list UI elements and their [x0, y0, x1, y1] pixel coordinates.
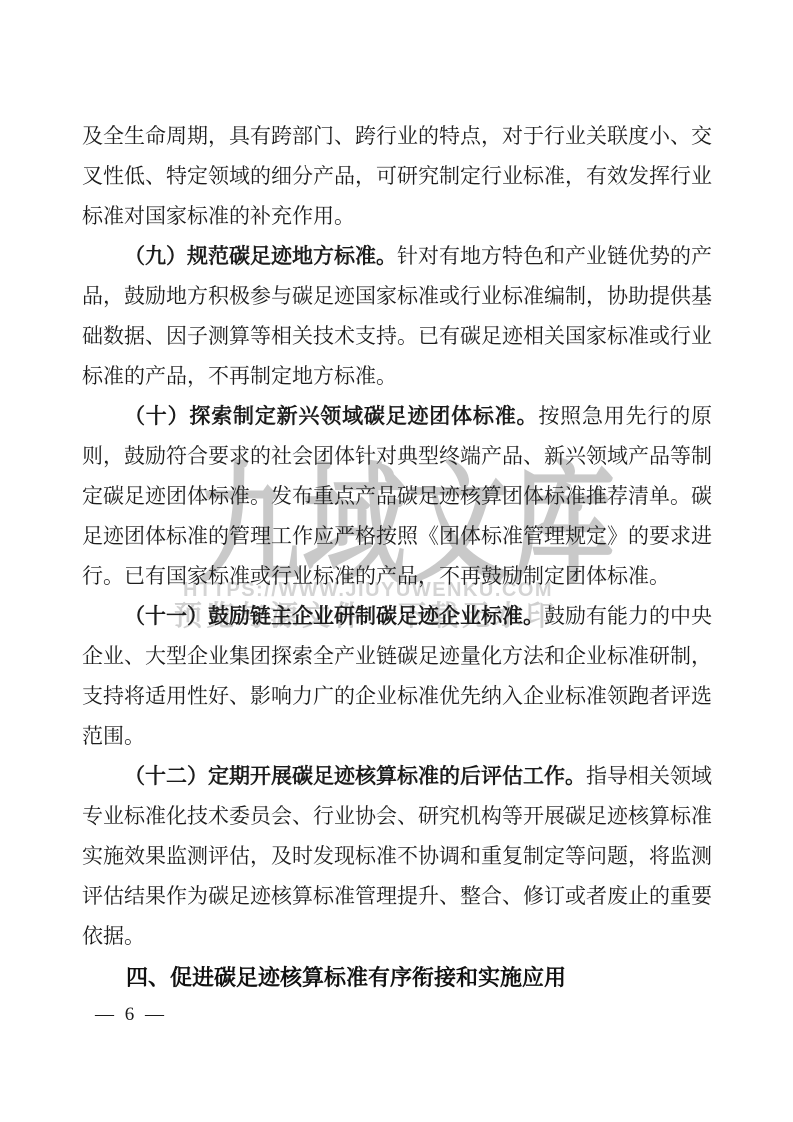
- paragraph-item-10-lead: （十）探索制定新兴领域碳足迹团体标准。: [124, 404, 538, 428]
- paragraph-continuation-text: 及全生命周期，具有跨部门、跨行业的特点，对于行业关联度小、交叉性低、特定领域的细…: [82, 124, 712, 228]
- paragraph-item-10-text: 按照急用先行的原则，鼓励符合要求的社会团体针对典型终端产品、新兴领域产品等制定碳…: [82, 404, 712, 588]
- paragraph-item-11: （十一）鼓励链主企业研制碳足迹企业标准。鼓励有能力的中央企业、大型企业集团探索全…: [82, 596, 712, 756]
- paragraph-item-10: （十）探索制定新兴领域碳足迹团体标准。按照急用先行的原则，鼓励符合要求的社会团体…: [82, 396, 712, 596]
- paragraph-item-12-text: 指导相关领域专业标准化技术委员会、行业协会、研究机构等开展碳足迹核算标准实施效果…: [82, 764, 712, 948]
- page-number: — 6 —: [95, 1004, 712, 1026]
- section-heading: 四、促进碳足迹核算标准有序衔接和实施应用: [82, 958, 712, 998]
- paragraph-item-12-lead: （十二）定期开展碳足迹核算标准的后评估工作。: [124, 764, 586, 788]
- document-content: 及全生命周期，具有跨部门、跨行业的特点，对于行业关联度小、交叉性低、特定领域的细…: [0, 0, 793, 1026]
- paragraph-continuation: 及全生命周期，具有跨部门、跨行业的特点，对于行业关联度小、交叉性低、特定领域的细…: [82, 116, 712, 236]
- paragraph-item-9-lead: （九）规范碳足迹地方标准。: [124, 244, 397, 268]
- paragraph-item-11-lead: （十一）鼓励链主企业研制碳足迹企业标准。: [124, 604, 544, 628]
- paragraph-item-9: （九）规范碳足迹地方标准。针对有地方特色和产业链优势的产品，鼓励地方积极参与碳足…: [82, 236, 712, 396]
- document-page: 九域文库 HTTPS://WWW.JIUYUWENKU.COM 预览与源文件 下…: [0, 0, 793, 1122]
- paragraph-item-12: （十二）定期开展碳足迹核算标准的后评估工作。指导相关领域专业标准化技术委员会、行…: [82, 756, 712, 956]
